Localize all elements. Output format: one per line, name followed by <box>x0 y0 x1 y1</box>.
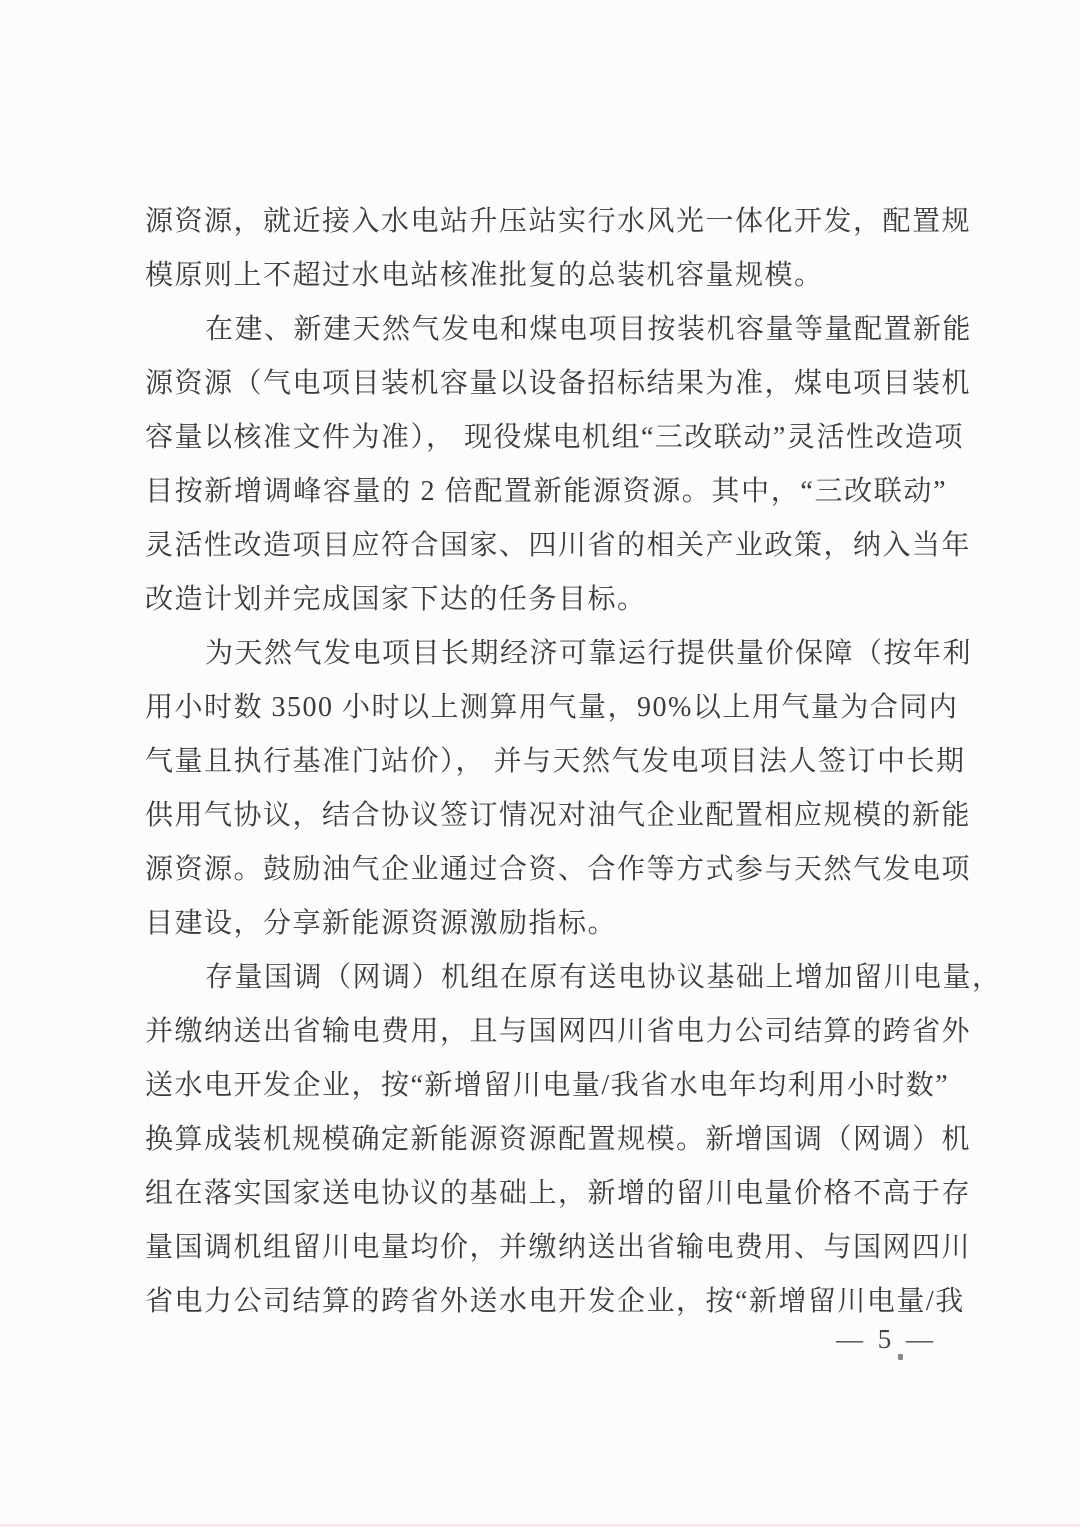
document-page: 源资源，就近接入水电站升压站实行水风光一体化开发，配置规 模原则上不超过水电站核… <box>0 0 1080 1527</box>
text-line: 目建设，分享新能源资源激励指标。 <box>145 897 947 951</box>
text-line: 换算成装机规模确定新能源资源配置规模。新增国调（网调）机 <box>145 1113 947 1167</box>
text-line: 源资源（气电项目装机容量以设备招标结果为准，煤电项目装机 <box>145 357 947 411</box>
text-line: 源资源，就近接入水电站升压站实行水风光一体化开发，配置规 <box>145 195 947 249</box>
text-line: 量国调机组留川电量均价，并缴纳送出省输电费用、与国网四川 <box>145 1221 947 1275</box>
text-line: 容量以核准文件为准）， 现役煤电机组“三改联动”灵活性改造项 <box>145 411 947 465</box>
text-line: 目按新增调峰容量的 2 倍配置新能源资源。其中，“三改联动” <box>145 465 947 519</box>
text-line: 源资源。鼓励油气企业通过合资、合作等方式参与天然气发电项 <box>145 843 947 897</box>
text-line: 灵活性改造项目应符合国家、四川省的相关产业政策，纳入当年 <box>145 519 947 573</box>
text-line: 用小时数 3500 小时以上测算用气量，90%以上用气量为合同内 <box>145 681 947 735</box>
text-line: 并缴纳送出省输电费用，且与国网四川省电力公司结算的跨省外 <box>145 1005 947 1059</box>
text-line: 在建、新建天然气发电和煤电项目按装机容量等量配置新能 <box>145 303 947 357</box>
scan-artifact-dot <box>898 1354 903 1360</box>
text-line: 送水电开发企业，按“新增留川电量/我省水电年均利用小时数” <box>145 1059 947 1113</box>
text-line: 存量国调（网调）机组在原有送电协议基础上增加留川电量， <box>145 951 947 1005</box>
text-line: 组在落实国家送电协议的基础上，新增的留川电量价格不高于存 <box>145 1167 947 1221</box>
text-line: 为天然气发电项目长期经济可靠运行提供量价保障（按年利 <box>145 627 947 681</box>
text-line: 气量且执行基准门站价）， 并与天然气发电项目法人签订中长期 <box>145 735 947 789</box>
text-line: 模原则上不超过水电站核准批复的总装机容量规模。 <box>145 249 947 303</box>
text-line: 省电力公司结算的跨省外送水电开发企业，按“新增留川电量/我 <box>145 1275 947 1329</box>
page-number: — 5 — <box>145 1322 947 1356</box>
document-body-text: 源资源，就近接入水电站升压站实行水风光一体化开发，配置规 模原则上不超过水电站核… <box>145 195 947 1329</box>
text-line: 供用气协议，结合协议签订情况对油气企业配置相应规模的新能 <box>145 789 947 843</box>
text-line: 改造计划并完成国家下达的任务目标。 <box>145 573 947 627</box>
